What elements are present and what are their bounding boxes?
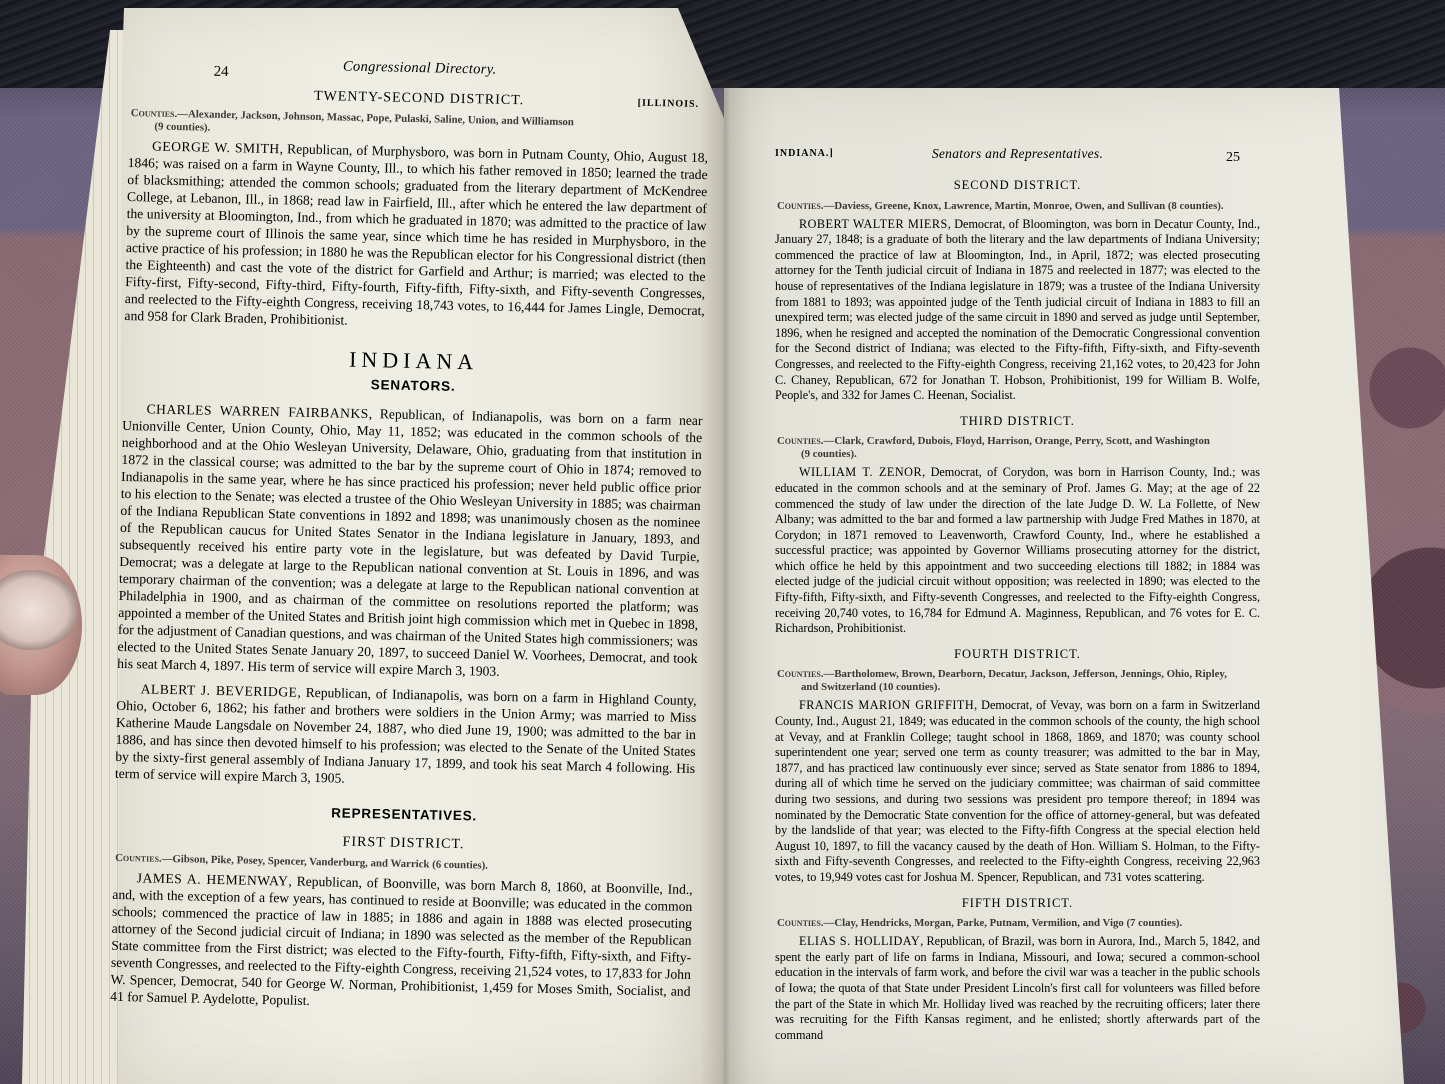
counties-count: and Switzerland (10 counties).	[777, 681, 1260, 694]
district-section: FOURTH DISTRICT. Counties.—Bartholomew, …	[775, 647, 1260, 886]
member-name: ELIAS S. HOLLIDAY	[799, 934, 920, 948]
biography-text: , Republican, of Brazil, was born in Aur…	[775, 934, 1260, 1042]
biography: ALBERT J. BEVERIDGE, Republican, of Indi…	[115, 680, 697, 794]
member-name: FRANCIS MARION GRIFFITH	[799, 698, 974, 712]
state-marker: INDIANA.]	[775, 146, 834, 162]
page-number: 25	[1226, 150, 1240, 166]
counties-label: Counties.	[777, 917, 824, 929]
right-page-header: INDIANA.] Senators and Representatives. …	[775, 146, 1260, 168]
biography: JAMES A. HEMENWAY, Republican, of Boonvi…	[110, 869, 693, 1017]
counties-count: (9 counties).	[777, 448, 1260, 461]
district-section: THIRD DISTRICT. Counties.—Clark, Crawfor…	[775, 414, 1260, 637]
biography: GEORGE W. SMITH, Republican, of Murphysb…	[124, 137, 708, 336]
biography: WILLIAM T. ZENOR, Democrat, of Corydon, …	[775, 465, 1260, 637]
thumbnail	[0, 570, 78, 650]
member-name: JAMES A. HEMENWAY	[137, 870, 289, 888]
counties-label: Counties.	[777, 435, 824, 447]
counties-label: Counties.	[131, 107, 178, 120]
biography-text: , Republican, of Indianapolis, was born …	[117, 406, 703, 679]
biography-text: , Republican, of Boonville, was born Mar…	[110, 874, 693, 1008]
senators-heading: SENATORS.	[123, 371, 703, 400]
counties-list: —Clay, Hendricks, Morgan, Parke, Putnam,…	[824, 917, 1183, 929]
biography-text: , Republican, of Murphysboro, was born i…	[124, 141, 708, 327]
biography: ROBERT WALTER MIERS, Democrat, of Bloomi…	[775, 217, 1260, 404]
district-heading: SECOND DISTRICT.	[775, 178, 1260, 194]
member-name: ROBERT WALTER MIERS	[799, 217, 948, 231]
right-page-content: INDIANA.] Senators and Representatives. …	[775, 146, 1260, 1043]
counties-line: Counties.—Bartholomew, Brown, Dearborn, …	[775, 668, 1260, 694]
district-section: FIFTH DISTRICT. Counties.—Clay, Hendrick…	[775, 896, 1260, 1044]
biography-text: , Democrat, of Bloomington, was born in …	[775, 217, 1260, 403]
member-name: GEORGE W. SMITH	[152, 138, 280, 156]
counties-label: Counties.	[777, 668, 824, 680]
state-title: INDIANA	[124, 346, 704, 375]
counties-list: —Bartholomew, Brown, Dearborn, Decatur, …	[824, 668, 1227, 680]
biography-text: , Republican, of Indianapolis, was born …	[115, 685, 697, 786]
counties-line: Counties.—Daviess, Greene, Knox, Lawrenc…	[775, 200, 1260, 213]
counties-label: Counties.	[115, 852, 162, 865]
counties-list: —Gibson, Pike, Posey, Spencer, Vanderbur…	[162, 853, 489, 872]
district-heading: FOURTH DISTRICT.	[775, 647, 1260, 663]
member-name: ALBERT J. BEVERIDGE	[141, 681, 298, 699]
state-marker: [ILLINOIS.	[637, 95, 699, 113]
biography: FRANCIS MARION GRIFFITH, Democrat, of Ve…	[775, 698, 1260, 885]
counties-line: Counties.—Clark, Crawford, Dubois, Floyd…	[775, 435, 1260, 461]
counties-label: Counties.	[777, 200, 824, 212]
running-title: Senators and Representatives.	[775, 146, 1260, 162]
counties-list: —Daviess, Greene, Knox, Lawrence, Martin…	[824, 200, 1224, 212]
biography: CHARLES WARREN FAIRBANKS, Republican, of…	[117, 400, 703, 684]
representatives-heading: REPRESENTATIVES.	[114, 800, 694, 829]
biography-text: , Democrat, of Corydon, was born in Harr…	[775, 465, 1260, 635]
district-section: SECOND DISTRICT. Counties.—Daviess, Gree…	[775, 178, 1260, 404]
district-heading: THIRD DISTRICT.	[775, 414, 1260, 430]
counties-list: —Clark, Crawford, Dubois, Floyd, Harriso…	[824, 435, 1210, 447]
page-number: 24	[213, 64, 228, 81]
biography-text: , Democrat, of Vevay, was born on a farm…	[775, 698, 1260, 884]
counties-line: Counties.—Clay, Hendricks, Morgan, Parke…	[775, 917, 1260, 930]
book-gutter	[700, 80, 750, 1084]
member-name: WILLIAM T. ZENOR	[799, 465, 922, 479]
district-heading: FIFTH DISTRICT.	[775, 896, 1260, 912]
biography: ELIAS S. HOLLIDAY, Republican, of Brazil…	[775, 934, 1260, 1043]
left-page-content: 24 Congressional Directory. [ILLINOIS. T…	[110, 54, 710, 1017]
